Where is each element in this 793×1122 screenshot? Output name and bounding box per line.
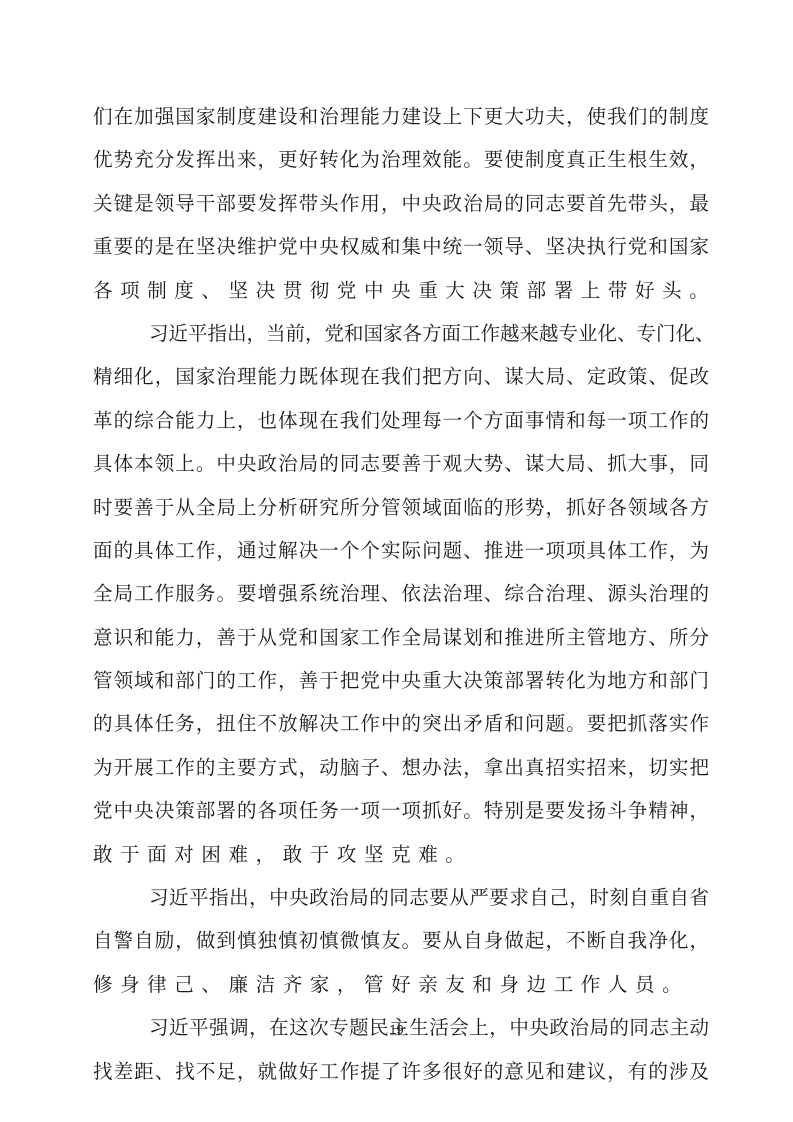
text-line: 优势充分发挥出来，更好转化为治理效能。要使制度真正生根生效， bbox=[93, 138, 709, 181]
text-line: 管领域和部门的工作，善于把党中央重大决策部署转化为地方和部门 bbox=[93, 659, 709, 702]
text-line: 习近平指出，当前，党和国家各方面工作越来越专业化、专门化、 bbox=[93, 312, 709, 355]
text-line: 时要善于从全局上分析研究所分管领域面临的形势，抓好各领域各方 bbox=[93, 486, 709, 529]
text-line: 全局工作服务。要增强系统治理、依法治理、综合治理、源头治理的 bbox=[93, 572, 709, 615]
text-line: 为开展工作的主要方式，动脑子、想办法，拿出真招实招来，切实把 bbox=[93, 746, 709, 789]
text-line: 敢于面对困难，敢于攻坚克难。 bbox=[93, 833, 709, 876]
text-line: 意识和能力，善于从党和国家工作全局谋划和推进所主管地方、所分 bbox=[93, 616, 709, 659]
paragraph: 习近平指出，中央政治局的同志要从严要求自己，时刻自重自省 自警自励，做到慎独慎初… bbox=[93, 876, 709, 1006]
text-line: 修身律己、廉洁齐家，管好亲友和身边工作人员。 bbox=[93, 963, 709, 1006]
text-line: 习近平指出，中央政治局的同志要从严要求自己，时刻自重自省 bbox=[93, 876, 709, 919]
text-line: 自警自励，做到慎独慎初慎微慎友。要从自身做起，不断自我净化， bbox=[93, 919, 709, 962]
text-line: 的具体任务，扭住不放解决工作中的突出矛盾和问题。要把抓落实作 bbox=[93, 702, 709, 745]
body-text: 们在加强国家制度建设和治理能力建设上下更大功夫，使我们的制度 优势充分发挥出来，… bbox=[93, 95, 709, 1093]
text-line: 党中央决策部署的各项任务一项一项抓好。特别是要发扬斗争精神， bbox=[93, 789, 709, 832]
text-line: 重要的是在坚决维护党中央权威和集中统一领导、坚决执行党和国家 bbox=[93, 225, 709, 268]
text-line: 革的综合能力上，也体现在我们处理每一个方面事情和每一项工作的 bbox=[93, 399, 709, 442]
text-line: 关键是领导干部要发挥带头作用，中央政治局的同志要首先带头，最 bbox=[93, 182, 709, 225]
text-line: 各项制度、坚决贯彻党中央重大决策部署上带好头。 bbox=[93, 269, 709, 312]
paragraph: 们在加强国家制度建设和治理能力建设上下更大功夫，使我们的制度 优势充分发挥出来，… bbox=[93, 95, 709, 312]
paragraph: 习近平强调，在这次专题民主生活会上，中央政治局的同志主动 找差距、找不足，就做好… bbox=[93, 1006, 709, 1093]
text-line: 们在加强国家制度建设和治理能力建设上下更大功夫，使我们的制度 bbox=[93, 95, 709, 138]
document-page: 们在加强国家制度建设和治理能力建设上下更大功夫，使我们的制度 优势充分发挥出来，… bbox=[0, 0, 793, 1122]
text-line: 精细化，国家治理能力既体现在我们把方向、谋大局、定政策、促改 bbox=[93, 355, 709, 398]
text-line: 面的具体工作，通过解决一个个实际问题、推进一项项具体工作，为 bbox=[93, 529, 709, 572]
text-line: 找差距、找不足，就做好工作提了许多很好的意见和建议，有的涉及 bbox=[93, 1050, 709, 1093]
text-line: 具体本领上。中央政治局的同志要善于观大势、谋大局、抓大事，同 bbox=[93, 442, 709, 485]
paragraph: 习近平指出，当前，党和国家各方面工作越来越专业化、专门化、 精细化，国家治理能力… bbox=[93, 312, 709, 876]
page-number: 19 bbox=[0, 1022, 793, 1037]
